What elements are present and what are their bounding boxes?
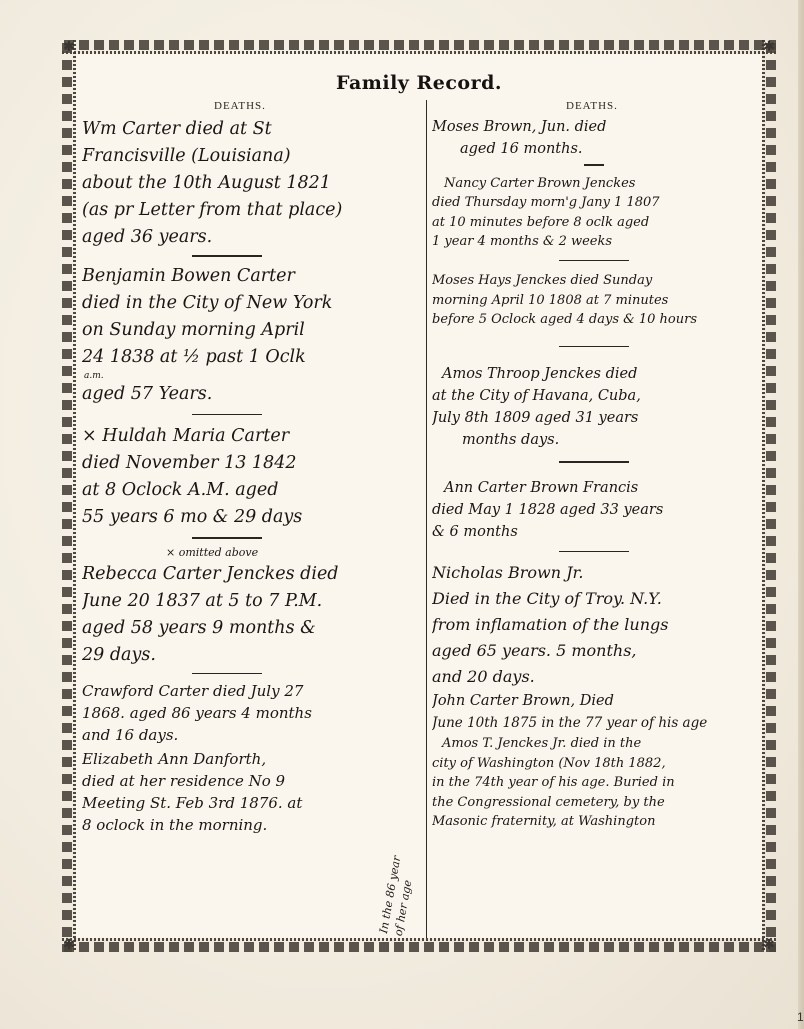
death-entry: Nancy Carter Brown Jenckes died Thursday… bbox=[432, 174, 756, 252]
time-annotation: a.m. bbox=[82, 371, 422, 381]
entry-line: 29 days. bbox=[82, 642, 422, 669]
entry-line: 8 oclock in the morning. bbox=[82, 814, 422, 836]
column-heading-left: DEATHS. bbox=[214, 100, 266, 112]
ornamental-border-top bbox=[62, 40, 776, 54]
entry-line: on Sunday morning April bbox=[82, 317, 422, 344]
column-heading-right: DEATHS. bbox=[566, 100, 618, 112]
entry-line: aged 65 years. 5 months, bbox=[432, 638, 756, 664]
entry-separator bbox=[192, 414, 262, 416]
death-entry: Crawford Carter died July 27 1868. aged … bbox=[82, 680, 422, 746]
entry-line: aged 36 years. bbox=[82, 224, 422, 251]
entry-line: Meeting St. Feb 3rd 1876. at bbox=[82, 792, 422, 814]
entry-line: Crawford Carter died July 27 bbox=[82, 680, 422, 702]
death-entry: Moses Brown, Jun. died aged 16 months. bbox=[432, 116, 756, 160]
entry-separator bbox=[192, 673, 262, 675]
entry-line: Amos Throop Jenckes died bbox=[432, 363, 756, 385]
entry-line: died at her residence No 9 bbox=[82, 770, 422, 792]
entry-separator bbox=[559, 461, 629, 463]
entry-line: the Congressional cemetery, by the bbox=[432, 793, 756, 813]
entry-line: Francisville (Louisiana) bbox=[82, 143, 422, 170]
entry-line: 55 years 6 mo & 29 days bbox=[82, 504, 422, 531]
death-entry: John Carter Brown, Died June 10th 1875 i… bbox=[432, 690, 756, 734]
margin-note: In the 86 year of her age bbox=[376, 873, 416, 937]
entry-line: 1 year 4 months & 2 weeks bbox=[432, 232, 756, 252]
death-entry: Rebecca Carter Jenckes died June 20 1837… bbox=[82, 561, 422, 669]
entry-line: and 16 days. bbox=[82, 724, 422, 746]
ornamental-border-left bbox=[62, 40, 76, 952]
entry-line: about the 10th August 1821 bbox=[82, 170, 422, 197]
entry-line: 1868. aged 86 years 4 months bbox=[82, 702, 422, 724]
deaths-column-left: Wm Carter died at St Francisville (Louis… bbox=[82, 116, 422, 836]
entry-line: aged 58 years 9 months & bbox=[82, 615, 422, 642]
entry-line: July 8th 1809 aged 31 years bbox=[432, 407, 756, 429]
death-entry: Elizabeth Ann Danforth, died at her resi… bbox=[82, 748, 422, 836]
entry-line: (as pr Letter from that place) bbox=[82, 197, 422, 224]
entry-line: Moses Brown, Jun. died bbox=[432, 116, 756, 138]
entry-line: died in the City of New York bbox=[82, 290, 422, 317]
entry-line: at 10 minutes before 8 oclk aged bbox=[432, 213, 756, 233]
death-entry: × Huldah Maria Carter died November 13 1… bbox=[82, 423, 422, 531]
entry-line: 24 1838 at ½ past 1 Oclk bbox=[82, 344, 422, 371]
entry-line: died Thursday morn'g Jany 1 1807 bbox=[432, 193, 756, 213]
entry-line: aged 57 Years. bbox=[82, 381, 422, 408]
entry-line: Nancy Carter Brown Jenckes bbox=[432, 174, 756, 194]
death-entry: Amos Throop Jenckes died at the City of … bbox=[432, 363, 756, 451]
entry-separator bbox=[559, 260, 629, 262]
corner-asterisk-icon: ✱ bbox=[62, 40, 76, 54]
page-edge bbox=[798, 0, 804, 1029]
entry-line: Masonic fraternity, at Washington bbox=[432, 812, 756, 832]
entry-line: months days. bbox=[432, 429, 756, 451]
entry-line: aged 16 months. bbox=[432, 138, 756, 160]
record-page: Family Record. DEATHS. DEATHS. Wm Carter… bbox=[76, 54, 762, 938]
death-entry: Wm Carter died at St Francisville (Louis… bbox=[82, 116, 422, 251]
entry-line: June 10th 1875 in the 77 year of his age bbox=[432, 712, 756, 734]
entry-line: Rebecca Carter Jenckes died bbox=[82, 561, 422, 588]
death-entry: Amos T. Jenckes Jr. died in the city of … bbox=[432, 734, 756, 832]
entry-line: Died in the City of Troy. N.Y. bbox=[432, 586, 756, 612]
death-entry: Benjamin Bowen Carter died in the City o… bbox=[82, 263, 422, 408]
entry-line: Benjamin Bowen Carter bbox=[82, 263, 422, 290]
entry-line: × Huldah Maria Carter bbox=[82, 423, 422, 450]
omission-note: × omitted above bbox=[82, 545, 422, 561]
death-entry: Moses Hays Jenckes died Sunday morning A… bbox=[432, 271, 756, 330]
entry-line: morning April 10 1808 at 7 minutes bbox=[432, 291, 756, 311]
entry-line: John Carter Brown, Died bbox=[432, 690, 756, 712]
entry-line: before 5 Oclock aged 4 days & 10 hours bbox=[432, 310, 756, 330]
entry-line: and 20 days. bbox=[432, 664, 756, 690]
entry-line: at the City of Havana, Cuba, bbox=[432, 385, 756, 407]
page-number-mark: 1 bbox=[797, 1010, 804, 1024]
entry-line: died November 13 1842 bbox=[82, 450, 422, 477]
corner-asterisk-icon: ✱ bbox=[762, 40, 776, 54]
entry-line: Elizabeth Ann Danforth, bbox=[82, 748, 422, 770]
death-entry: Nicholas Brown Jr. Died in the City of T… bbox=[432, 560, 756, 690]
entry-line: Moses Hays Jenckes died Sunday bbox=[432, 271, 756, 291]
entry-line: at 8 Oclock A.M. aged bbox=[82, 477, 422, 504]
entry-line: Ann Carter Brown Francis bbox=[432, 477, 756, 499]
entry-line: in the 74th year of his age. Buried in bbox=[432, 773, 756, 793]
deaths-column-right: Moses Brown, Jun. died aged 16 months. N… bbox=[432, 116, 756, 832]
page-title: Family Record. bbox=[76, 72, 762, 94]
entry-line: June 20 1837 at 5 to 7 P.M. bbox=[82, 588, 422, 615]
death-entry: Ann Carter Brown Francis died May 1 1828… bbox=[432, 477, 756, 543]
entry-line: city of Washington (Nov 18th 1882, bbox=[432, 754, 756, 774]
entry-line: & 6 months bbox=[432, 521, 756, 543]
corner-asterisk-icon: ✱ bbox=[62, 938, 76, 952]
entry-line: Amos T. Jenckes Jr. died in the bbox=[432, 734, 756, 754]
entry-separator bbox=[559, 346, 629, 348]
entry-line: died May 1 1828 aged 33 years bbox=[432, 499, 756, 521]
entry-separator bbox=[559, 551, 629, 553]
ornamental-border-bottom bbox=[62, 938, 776, 952]
entry-line: Nicholas Brown Jr. bbox=[432, 560, 756, 586]
entry-separator bbox=[584, 164, 604, 166]
ornamental-border-right bbox=[762, 40, 776, 952]
entry-line: from inflamation of the lungs bbox=[432, 612, 756, 638]
corner-asterisk-icon: ✱ bbox=[762, 938, 776, 952]
entry-separator bbox=[192, 255, 262, 257]
entry-separator bbox=[192, 537, 262, 539]
entry-line: Wm Carter died at St bbox=[82, 116, 422, 143]
column-divider bbox=[426, 100, 427, 938]
